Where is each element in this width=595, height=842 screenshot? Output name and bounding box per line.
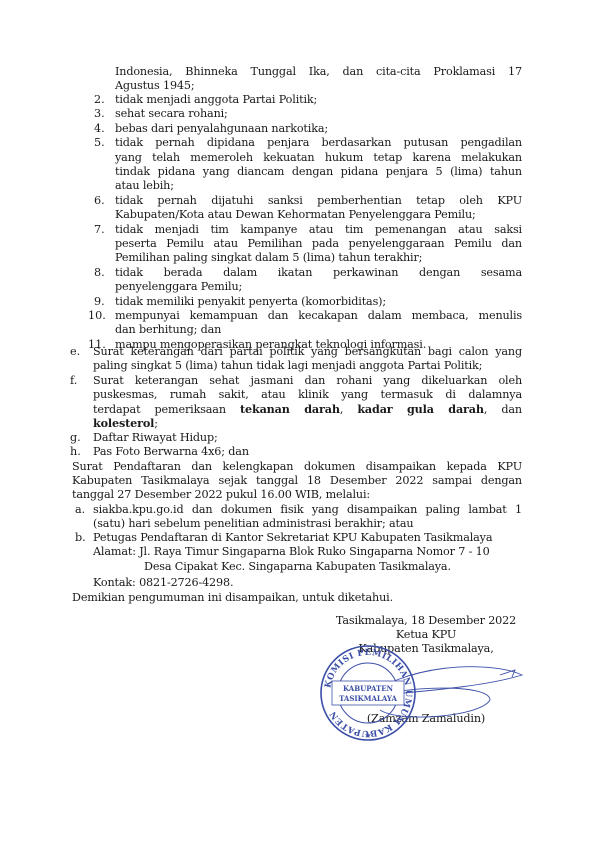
- list-item-text: dan berhitung; dan: [115, 323, 221, 337]
- signature-place-date: Tasikmalaya, 18 Desember 2022: [330, 614, 522, 628]
- list-item-number: 5.: [94, 136, 105, 150]
- item-e-letter: e.: [70, 345, 86, 359]
- item-f-line-3: terdapat pemeriksaan tekanan darah, kada…: [93, 402, 522, 417]
- list-item-number: 10.: [88, 309, 106, 323]
- list-item-number: 7.: [94, 223, 105, 237]
- comma: ,: [340, 403, 343, 416]
- channel-b-line-3: Desa Cipakat Kec. Singaparna Kabupaten T…: [144, 560, 451, 574]
- document-page: Indonesia, Bhinneka Tunggal Ika, dan cit…: [0, 0, 595, 842]
- list-item-text: yang telah memeroleh kekuatan hukum teta…: [115, 151, 522, 165]
- list-item-text: sehat secara rohani;: [115, 107, 228, 121]
- channel-a-line-1: siakba.kpu.go.id dan dokumen fisik yang …: [93, 503, 522, 517]
- channel-a-letter: a.: [75, 503, 91, 517]
- list-item-number: 9.: [94, 295, 105, 309]
- channel-a-line-2: (satu) hari sebelum penelitian administr…: [93, 517, 413, 531]
- list-item-text: tidak pernah dijatuhi sanksi pemberhenti…: [115, 194, 522, 208]
- list-item-text: mempunyai kemampuan dan kecakapan dalam …: [115, 309, 522, 323]
- list-item-text: Kabupaten/Kota atau Dewan Kehormatan Pen…: [115, 208, 476, 222]
- contact-phone: Kontak: 0821-2726-4298.: [93, 576, 233, 590]
- f-text-post: , dan: [484, 403, 522, 416]
- list-item-text: tidak memiliki penyakit penyerta (komorb…: [115, 295, 386, 309]
- item-e-line-2: paling singkat 5 (lima) tahun tidak lagi…: [93, 359, 482, 373]
- item-f-letter: f.: [70, 374, 86, 388]
- list-item-text: peserta Pemilu atau Pemilihan pada penye…: [115, 237, 522, 251]
- item-f-line-4: kolesterol;: [93, 416, 158, 431]
- submission-line-2: Kabupaten Tasikmalaya sejak tanggal 18 D…: [72, 474, 522, 488]
- list-item-text: atau lebih;: [115, 179, 174, 193]
- submission-line-3: tanggal 27 Desember 2022 pukul 16.00 WIB…: [72, 488, 370, 502]
- channel-b-letter: b.: [75, 531, 91, 545]
- item-g-letter: g.: [70, 431, 86, 445]
- list-item-number: 8.: [94, 266, 105, 280]
- list-item-text: penyelenggara Pemilu;: [115, 280, 242, 294]
- list-item-number: 4.: [94, 122, 105, 136]
- f-end: ;: [154, 417, 158, 430]
- list-item-text: tidak menjadi anggota Partai Politik;: [115, 93, 317, 107]
- list-item-text: tidak menjadi tim kampanye atau tim peme…: [115, 223, 522, 237]
- item-h-letter: h.: [70, 445, 86, 459]
- item-g-text: Daftar Riwayat Hidup;: [93, 431, 218, 445]
- item-1-line-2: Agustus 1945;: [115, 79, 194, 93]
- closing-statement: Demikian pengumuman ini disampaikan, unt…: [72, 591, 393, 605]
- bold-tekanan-darah: tekanan darah: [240, 402, 340, 416]
- svg-text:KABUPATEN: KABUPATEN: [343, 684, 394, 693]
- list-item-number: 2.: [94, 93, 105, 107]
- bold-kolesterol: kolesterol: [93, 416, 154, 430]
- channel-b-line-2: Alamat: Jl. Raya Timur Singaparna Blok R…: [93, 545, 490, 559]
- item-f-line-1: Surat keterangan sehat jasmani dan rohan…: [93, 374, 522, 388]
- list-item-number: 3.: [94, 107, 105, 121]
- list-item-text: bebas dari penyalahgunaan narkotika;: [115, 122, 328, 136]
- item-h-text: Pas Foto Berwarna 4x6; dan: [93, 445, 249, 459]
- item-e-line-1: Surat keterangan dari partai politik yan…: [93, 345, 522, 359]
- item-f-line-2: puskesmas, rumah sakit, atau klinik yang…: [93, 388, 522, 402]
- item-1-line-1: Indonesia, Bhinneka Tunggal Ika, dan cit…: [115, 65, 522, 79]
- list-item-text: tindak pidana yang diancam dengan pidana…: [115, 165, 522, 179]
- official-stamp: KOMISI PEMILIHAN UMUM KABUPATEN KABUPATE…: [318, 643, 418, 743]
- bold-kadar-gula-darah: kadar gula darah: [357, 402, 484, 416]
- list-item-text: Pemilihan paling singkat dalam 5 (lima) …: [115, 251, 422, 265]
- channel-b-line-1: Petugas Pendaftaran di Kantor Sekretaria…: [93, 531, 492, 545]
- list-item-text: tidak berada dalam ikatan perkawinan den…: [115, 266, 522, 280]
- svg-text:TASIKMALAYA: TASIKMALAYA: [339, 694, 397, 703]
- list-item-text: tidak pernah dipidana penjara berdasarka…: [115, 136, 522, 150]
- f-text: terdapat pemeriksaan: [93, 403, 226, 416]
- signature-title-1: Ketua KPU: [330, 628, 522, 642]
- submission-line-1: Surat Pendaftaran dan kelengkapan dokume…: [72, 460, 522, 474]
- svg-text:★: ★: [364, 731, 371, 740]
- list-item-number: 6.: [94, 194, 105, 208]
